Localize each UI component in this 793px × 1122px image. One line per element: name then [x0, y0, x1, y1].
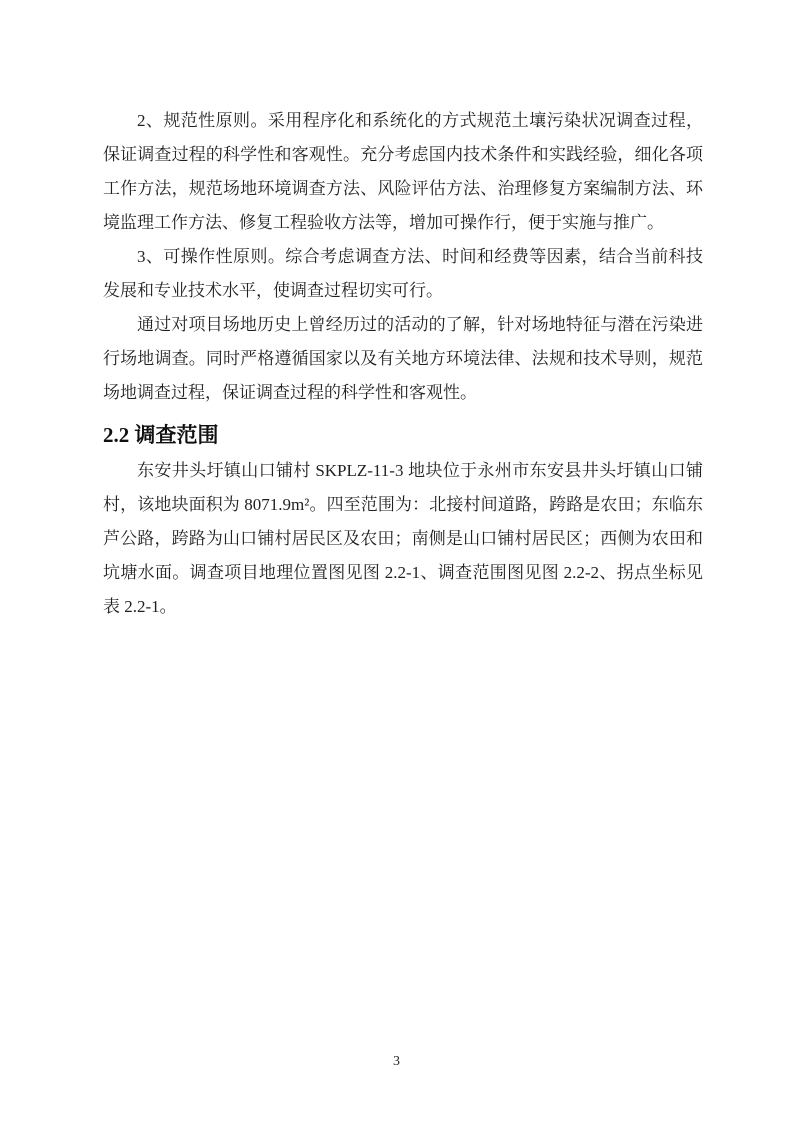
section-heading-survey-scope: 2.2 调查范围 [103, 420, 703, 450]
page-number: 3 [393, 1054, 400, 1069]
document-page: 2、规范性原则。采用程序化和系统化的方式规范土壤污染状况调查过程，保证调查过程的… [0, 0, 793, 1122]
paragraph-principle-normative: 2、规范性原则。采用程序化和系统化的方式规范土壤污染状况调查过程，保证调查过程的… [103, 104, 703, 240]
paragraph-principle-operability: 3、可操作性原则。综合考虑调查方法、时间和经费等因素，结合当前科技发展和专业技术… [103, 240, 703, 308]
page-footer: 3 [0, 1052, 793, 1070]
paragraph-survey-scope: 东安井头圩镇山口铺村 SKPLZ-11-3 地块位于永州市东安县井头圩镇山口铺村… [103, 454, 703, 624]
paragraph-survey-basis: 通过对项目场地历史上曾经历过的活动的了解，针对场地特征与潜在污染进行场地调查。同… [103, 308, 703, 410]
page-content: 2、规范性原则。采用程序化和系统化的方式规范土壤污染状况调查过程，保证调查过程的… [103, 104, 703, 624]
